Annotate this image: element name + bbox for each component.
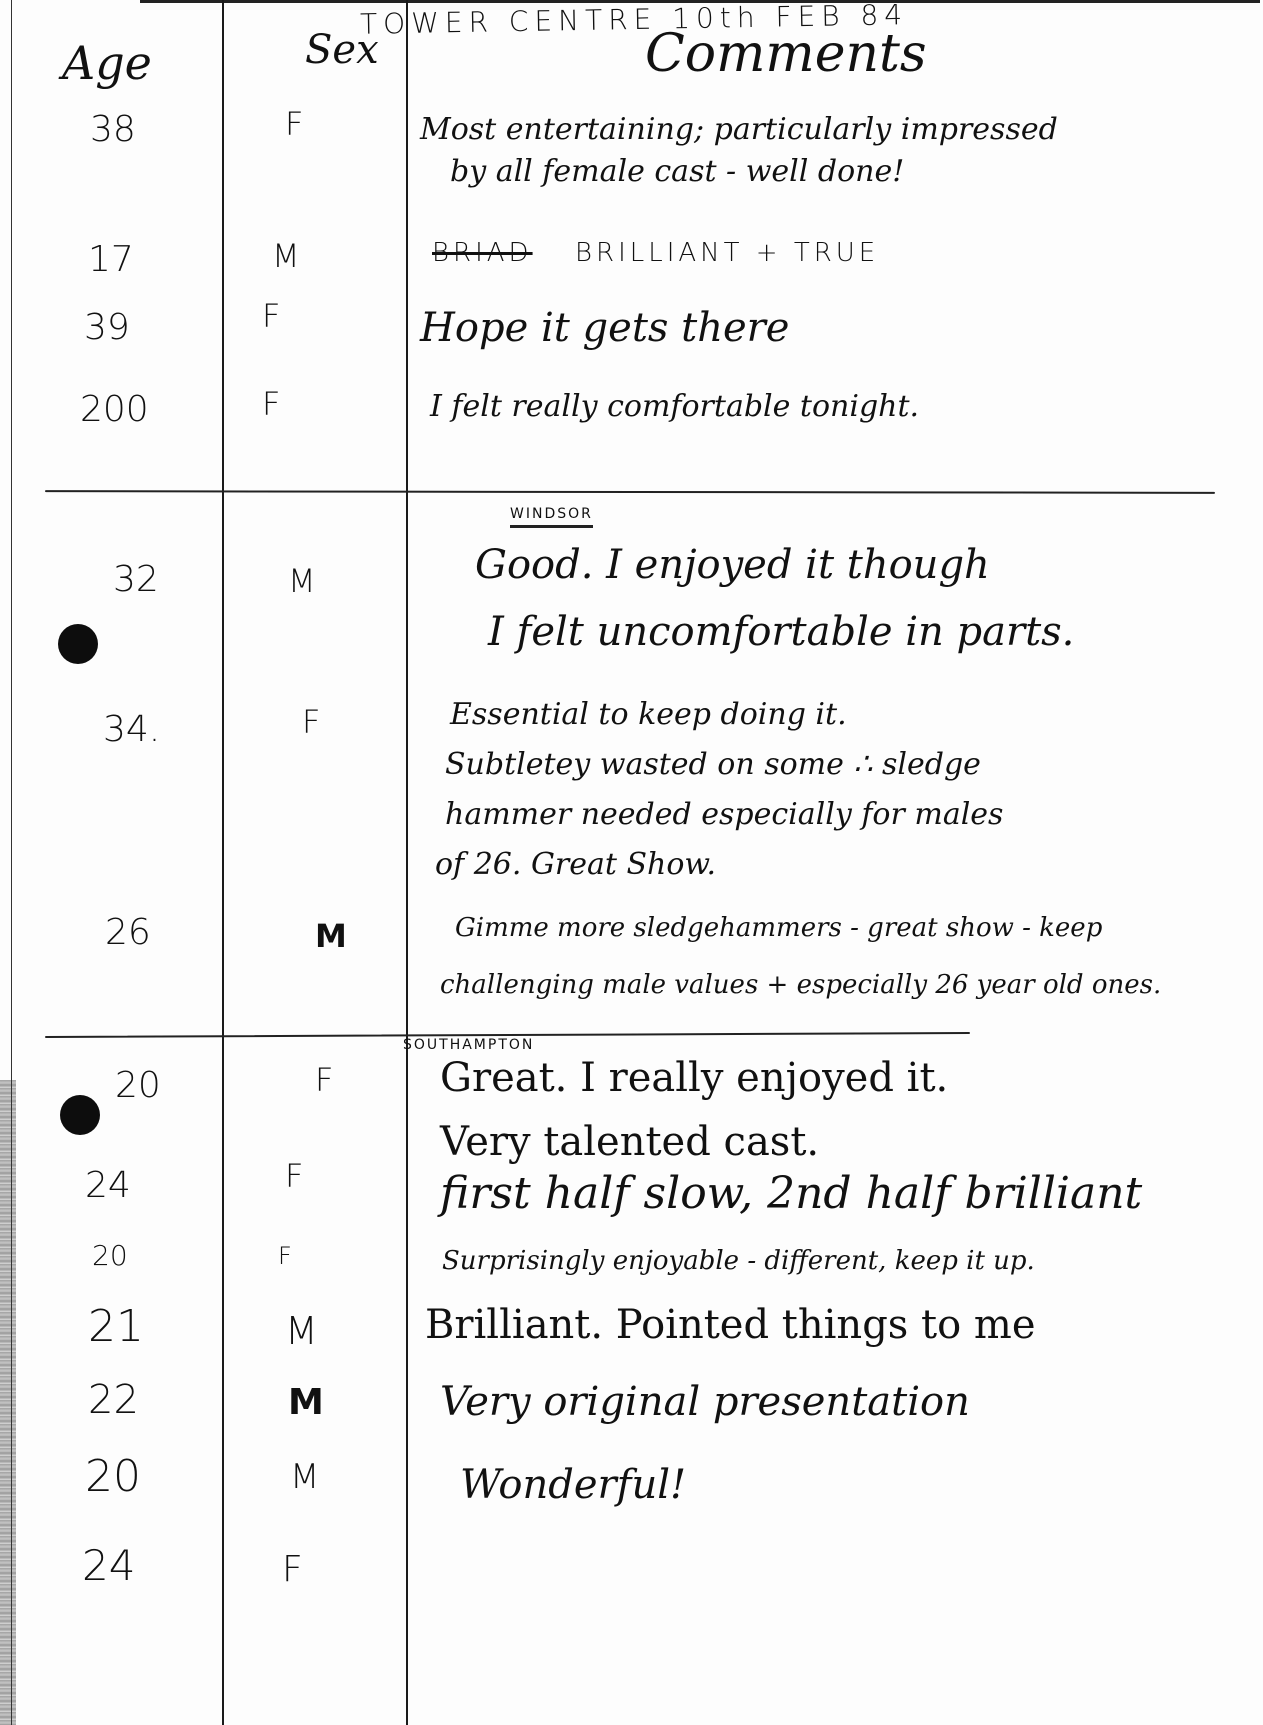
age-cell: 20 xyxy=(85,1455,141,1499)
sex-cell: M xyxy=(288,1385,324,1421)
comment-line: Gimme more sledgehammers - great show - … xyxy=(455,915,1102,941)
comment-line: Wonderful! xyxy=(460,1465,686,1505)
comment-line: by all female cast - well done! xyxy=(450,157,904,187)
age-cell: 24 xyxy=(85,1168,131,1204)
sex-cell: F xyxy=(315,1064,333,1096)
sex-cell: M xyxy=(285,1312,318,1350)
comment-line: BRILLIANT + TRUE xyxy=(575,240,879,266)
sex-comments-divider xyxy=(406,0,408,1725)
age-cell: 20 xyxy=(92,1242,128,1270)
age-sex-divider xyxy=(222,0,224,1725)
comment-line: Very talented cast. xyxy=(440,1122,819,1162)
age-cell: 22 xyxy=(88,1380,139,1420)
column-header-sex: Sex xyxy=(305,30,379,70)
age-cell: 17 xyxy=(88,242,134,278)
age-cell: 34. xyxy=(103,712,160,748)
column-header-age: Age xyxy=(62,40,152,86)
comment-line: I felt uncomfortable in parts. xyxy=(488,612,1074,652)
section-divider-1 xyxy=(45,490,1215,494)
left-margin-line xyxy=(11,0,12,1725)
sex-cell: F xyxy=(262,300,280,332)
comment-line: Surprisingly enjoyable - different, keep… xyxy=(442,1248,1035,1274)
sex-cell: F xyxy=(282,1552,303,1588)
comment-line: Essential to keep doing it. xyxy=(450,700,847,730)
age-cell: 21 xyxy=(88,1305,144,1349)
comment-line: Very original presentation xyxy=(440,1382,970,1422)
comment-line: Most entertaining; particularly impresse… xyxy=(420,115,1058,145)
comment-line: Great. I really enjoyed it. xyxy=(440,1058,948,1098)
sex-cell: F xyxy=(285,108,303,140)
comment-line: I felt really comfortable tonight. xyxy=(430,392,919,422)
comment-line: Brilliant. Pointed things to me xyxy=(425,1305,1036,1345)
sex-cell: M xyxy=(315,920,347,952)
scan-noise xyxy=(0,1080,16,1725)
age-cell: 20 xyxy=(115,1068,161,1104)
comment-line: hammer needed especially for males xyxy=(445,800,1003,830)
comment-line: first half slow, 2nd half brilliant xyxy=(440,1172,1142,1216)
column-header-comments: Comments xyxy=(645,28,927,80)
sex-cell: F xyxy=(285,1160,303,1192)
marker-dot xyxy=(60,1095,100,1135)
age-cell: 24 xyxy=(82,1545,135,1587)
age-cell: 32 xyxy=(113,562,159,598)
age-cell: 38 xyxy=(90,112,136,148)
comment-line: challenging male values + especially 26 … xyxy=(440,972,1161,998)
marker-dot xyxy=(58,624,98,664)
sex-cell: F xyxy=(302,706,320,738)
struck-word: BRIAD xyxy=(432,240,533,266)
age-cell: 39 xyxy=(84,310,130,346)
sex-cell: F xyxy=(278,1244,292,1268)
venue-label-southampton: SOUTHAMPTON xyxy=(403,1038,534,1052)
age-cell: 26 xyxy=(105,915,151,951)
sex-cell: F xyxy=(262,388,280,420)
venue-label-windsor: WINDSOR xyxy=(510,507,593,528)
comment-line: Hope it gets there xyxy=(420,308,789,348)
sex-cell: M xyxy=(290,1460,319,1494)
comment-line: Good. I enjoyed it though xyxy=(475,545,990,585)
comment-line: Subtletey wasted on some ∴ sledge xyxy=(445,750,981,780)
sex-cell: M xyxy=(272,240,300,272)
survey-sheet: TOWER CENTRE 10th FEB 84 Age Sex Comment… xyxy=(0,0,1263,1725)
age-cell: 200 xyxy=(80,392,149,428)
sex-cell: M xyxy=(288,565,316,597)
comment-line: of 26. Great Show. xyxy=(435,850,716,880)
